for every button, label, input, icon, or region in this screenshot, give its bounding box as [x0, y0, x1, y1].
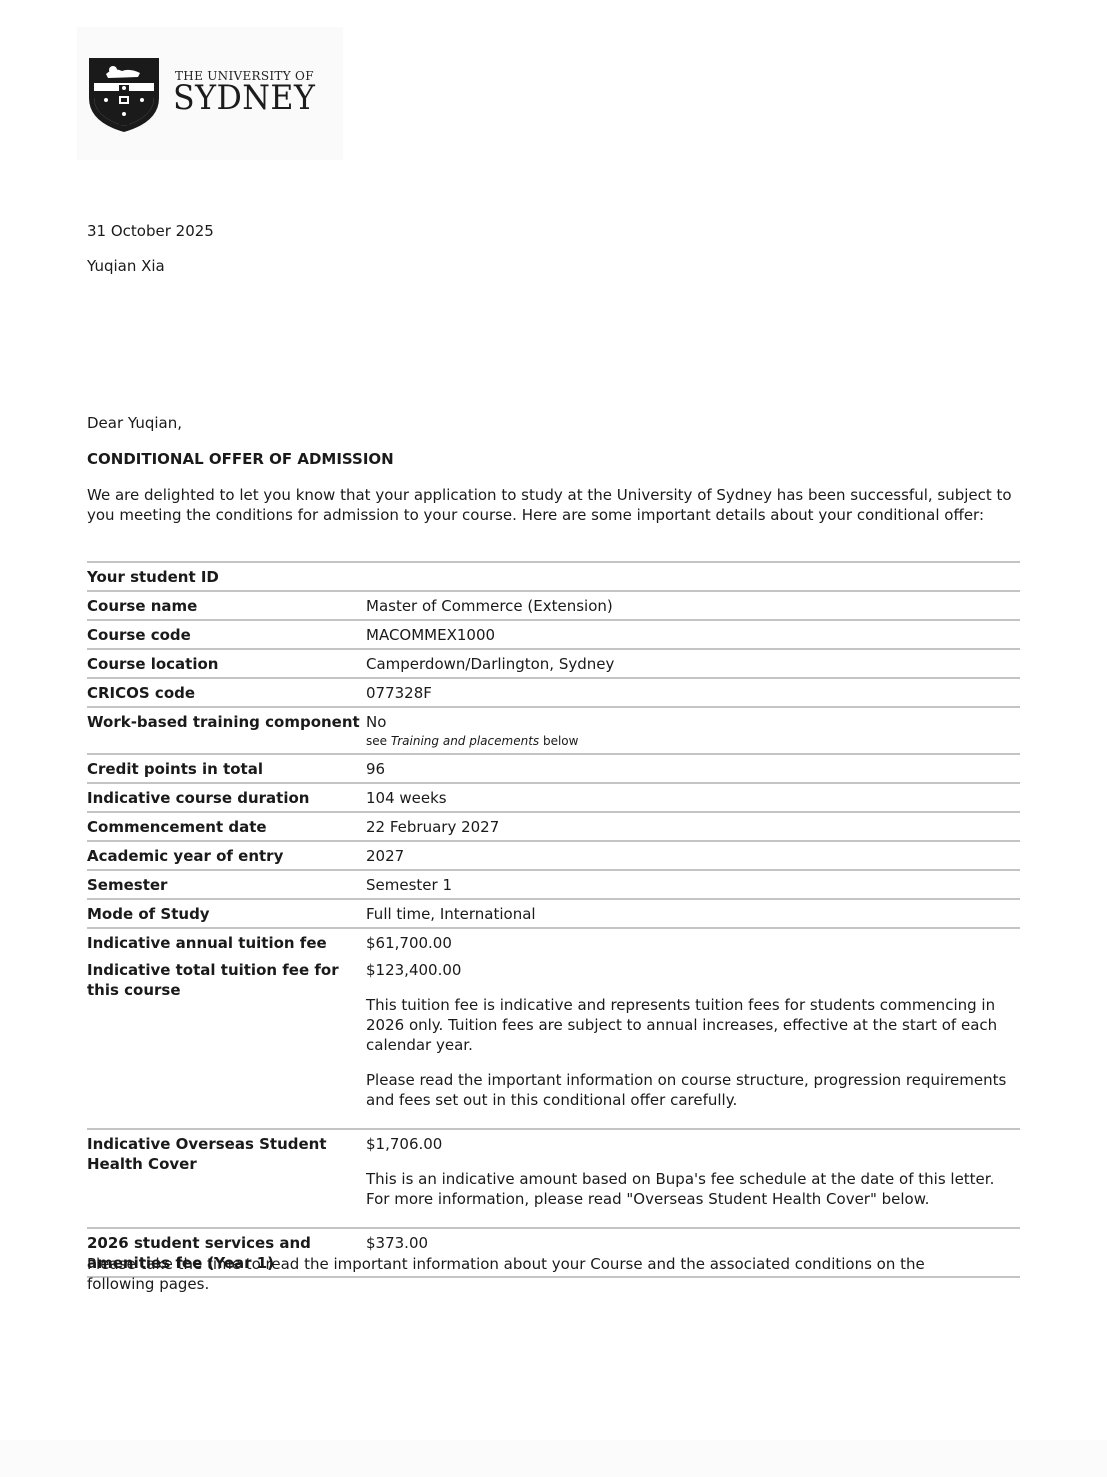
row-label: Mode of Study [87, 904, 366, 924]
table-row-mode: Mode of Study Full time, International [87, 898, 1020, 927]
total-fee-value: $123,400.00 [366, 960, 1020, 980]
table-row-student-id: Your student ID [87, 561, 1020, 590]
row-value: $61,700.00 [366, 933, 1020, 953]
note-prefix: see [366, 734, 391, 748]
row-label: Your student ID [87, 567, 366, 587]
page-bottom-edge [0, 1440, 1107, 1477]
table-row-annual-fee: Indicative annual tuition fee $61,700.00 [87, 927, 1020, 956]
oshc-note: This is an indicative amount based on Bu… [366, 1169, 1020, 1209]
table-row-academic-year: Academic year of entry 2027 [87, 840, 1020, 869]
row-value: 077328F [366, 683, 1020, 703]
row-label: Work-based training component [87, 712, 366, 750]
salutation: Dear Yuqian, [87, 414, 182, 432]
row-label: Course code [87, 625, 366, 645]
letter-date: 31 October 2025 [87, 222, 214, 240]
row-label: Indicative annual tuition fee [87, 933, 366, 953]
row-value: No see Training and placements below [366, 712, 1020, 750]
row-label: Commencement date [87, 817, 366, 837]
row-value: $1,706.00 This is an indicative amount b… [366, 1134, 1020, 1209]
row-value: Master of Commerce (Extension) [366, 596, 1020, 616]
row-value: $123,400.00 This tuition fee is indicati… [366, 960, 1020, 1110]
table-row-oshc: Indicative Overseas Student Health Cover… [87, 1128, 1020, 1227]
row-value: Semester 1 [366, 875, 1020, 895]
row-value: 2027 [366, 846, 1020, 866]
table-row-semester: Semester Semester 1 [87, 869, 1020, 898]
row-label: Course name [87, 596, 366, 616]
table-row-credit-points: Credit points in total 96 [87, 753, 1020, 782]
row-value: Camperdown/Darlington, Sydney [366, 654, 1020, 674]
university-crest-icon [86, 54, 162, 134]
table-row-commencement: Commencement date 22 February 2027 [87, 811, 1020, 840]
row-label: Indicative total tuition fee for this co… [87, 960, 366, 1110]
offer-details-table: Your student ID Course name Master of Co… [87, 561, 1020, 1278]
row-label: Indicative Overseas Student Health Cover [87, 1134, 366, 1209]
table-row-total-fee: Indicative total tuition fee for this co… [87, 956, 1020, 1128]
logo-line-2: SYDNEY [173, 78, 315, 118]
row-value: MACOMMEX1000 [366, 625, 1020, 645]
row-value: 104 weeks [366, 788, 1020, 808]
closing-paragraph: Please take the time to read the importa… [87, 1254, 987, 1294]
table-row-work-training: Work-based training component No see Tra… [87, 706, 1020, 753]
table-row-duration: Indicative course duration 104 weeks [87, 782, 1020, 811]
row-value: Full time, International [366, 904, 1020, 924]
table-row-course-code: Course code MACOMMEX1000 [87, 619, 1020, 648]
intro-paragraph: We are delighted to let you know that yo… [87, 485, 1032, 525]
row-label: Semester [87, 875, 366, 895]
table-row-course-name: Course name Master of Commerce (Extensio… [87, 590, 1020, 619]
note-reference: Training and placements [391, 734, 539, 748]
recipient-name: Yuqian Xia [87, 257, 165, 275]
total-fee-note-2: Please read the important information on… [366, 1070, 1020, 1110]
row-value: 22 February 2027 [366, 817, 1020, 837]
row-label: Indicative course duration [87, 788, 366, 808]
table-row-course-location: Course location Camperdown/Darlington, S… [87, 648, 1020, 677]
letter-heading: CONDITIONAL OFFER OF ADMISSION [87, 450, 394, 468]
row-value [366, 567, 1020, 587]
row-label: Credit points in total [87, 759, 366, 779]
total-fee-note-1: This tuition fee is indicative and repre… [366, 995, 1020, 1055]
work-training-value: No [366, 712, 1020, 732]
row-label: CRICOS code [87, 683, 366, 703]
row-value: 96 [366, 759, 1020, 779]
note-suffix: below [539, 734, 578, 748]
work-training-note: see Training and placements below [366, 732, 1020, 750]
oshc-value: $1,706.00 [366, 1134, 1020, 1154]
row-label: Academic year of entry [87, 846, 366, 866]
university-logo: THE UNIVERSITY OF SYDNEY [77, 27, 343, 160]
row-label: Course location [87, 654, 366, 674]
table-row-cricos-code: CRICOS code 077328F [87, 677, 1020, 706]
